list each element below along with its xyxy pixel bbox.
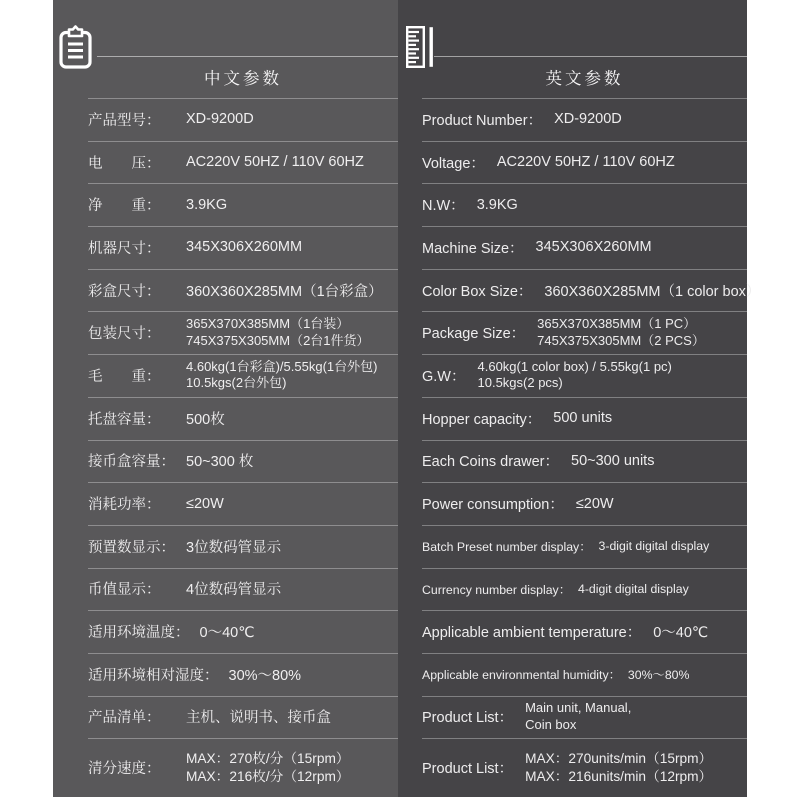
header-rule-line bbox=[434, 56, 747, 57]
spec-row-power: 消耗功率： ≤20W bbox=[53, 482, 398, 525]
spec-label: Product Number： bbox=[422, 109, 542, 130]
spec-label: 产品清单： bbox=[88, 706, 176, 727]
spec-value: 360X360X285MM（1台彩盒） bbox=[186, 280, 383, 301]
spec-row-sorting-speed: 清分速度： MAX：270枚/分（15rpm）MAX：216枚/分（12rpm） bbox=[53, 738, 398, 797]
panel-header: 中文参数 bbox=[53, 0, 398, 98]
spec-row-sorting-speed: Product List： MAX：270units/min（15rpm）MAX… bbox=[398, 738, 747, 797]
spec-label: N.W： bbox=[422, 194, 465, 215]
header-rule-line bbox=[97, 56, 398, 57]
spec-label: 接币盒容量： bbox=[88, 450, 176, 471]
spec-row-gross-weight: 毛 重： 4.60kg(1台彩盒)/5.55kg(1台外包)10.5kgs(2台… bbox=[53, 354, 398, 397]
spec-row-coin-drawer: 接币盒容量： 50~300 枚 bbox=[53, 440, 398, 483]
spec-value: 345X306X260MM bbox=[186, 239, 302, 255]
spec-label: Applicable environmental humidity： bbox=[422, 665, 621, 683]
spec-row-currency-display: 币值显示： 4位数码管显示 bbox=[53, 568, 398, 611]
panel-chinese-specs: 中文参数 产品型号： XD-9200D 电 压： AC220V 50HZ / 1… bbox=[53, 0, 398, 797]
spec-value: 365X370X385MM（1 PC）745X375X305MM（2 PCS） bbox=[537, 316, 705, 350]
spec-row-color-box-size: 彩盒尺寸： 360X360X285MM（1台彩盒） bbox=[53, 269, 398, 312]
spec-value: 500枚 bbox=[186, 408, 225, 429]
spec-value: 30%～80% bbox=[628, 665, 690, 683]
spec-value: 360X360X285MM（1 color box） bbox=[544, 280, 760, 301]
spec-label: Product List： bbox=[422, 706, 513, 727]
panel-title: 英文参数 bbox=[422, 65, 747, 89]
ruler-icon bbox=[406, 26, 435, 68]
panel-english-specs: 英文参数 Product Number： XD-9200D Voltage： A… bbox=[398, 0, 747, 797]
spec-row-net-weight: 净 重： 3.9KG bbox=[53, 183, 398, 226]
spec-value: 4.60kg(1台彩盒)/5.55kg(1台外包)10.5kgs(2台外包) bbox=[186, 359, 377, 393]
spec-row-preset-display: 预置数显示： 3位数码管显示 bbox=[53, 525, 398, 568]
spec-row-power: Power consumption： ≤20W bbox=[398, 482, 747, 525]
spec-label: Voltage： bbox=[422, 152, 485, 173]
spec-row-color-box-size: Color Box Size： 360X360X285MM（1 color bo… bbox=[398, 269, 747, 312]
clipboard-icon bbox=[58, 24, 93, 70]
panel-title: 中文参数 bbox=[88, 65, 398, 89]
spec-value: AC220V 50HZ / 110V 60HZ bbox=[497, 154, 675, 170]
spec-row-product-list: Product List： Main unit, Manual,Coin box bbox=[398, 696, 747, 739]
spec-label: 适用环境相对湿度： bbox=[88, 664, 219, 685]
spec-label: 机器尺寸： bbox=[88, 237, 176, 258]
spec-row-package-size: 包装尺寸： 365X370X385MM（1台装）745X375X305MM（2台… bbox=[53, 311, 398, 354]
spec-label: 清分速度： bbox=[88, 757, 176, 778]
spec-label: Applicable ambient temperature： bbox=[422, 621, 641, 642]
spec-row-temperature: 适用环境温度： 0～40℃ bbox=[53, 610, 398, 653]
spec-row-machine-size: Machine Size： 345X306X260MM bbox=[398, 226, 747, 269]
spec-row-package-size: Package Size： 365X370X385MM（1 PC）745X375… bbox=[398, 311, 747, 354]
spec-value: 4-digit digital display bbox=[578, 582, 689, 596]
spec-value: 0～40℃ bbox=[653, 621, 708, 642]
spec-value: XD-9200D bbox=[554, 111, 622, 127]
spec-label: 毛 重： bbox=[88, 365, 176, 386]
spec-row-hopper-capacity: Hopper capacity： 500 units bbox=[398, 397, 747, 440]
spec-label: 预置数显示： bbox=[88, 536, 176, 557]
spec-label: Each Coins drawer： bbox=[422, 450, 559, 471]
spec-label: Machine Size： bbox=[422, 237, 524, 258]
spec-value: 50~300 units bbox=[571, 453, 654, 469]
spec-label: 包装尺寸： bbox=[88, 322, 176, 343]
spec-value: AC220V 50HZ / 110V 60HZ bbox=[186, 154, 364, 170]
spec-sheet: 中文参数 产品型号： XD-9200D 电 压： AC220V 50HZ / 1… bbox=[0, 0, 800, 800]
panel-header: 英文参数 bbox=[398, 0, 747, 98]
spec-row-product-number: Product Number： XD-9200D bbox=[398, 98, 747, 141]
spec-row-hopper-capacity: 托盘容量： 500枚 bbox=[53, 397, 398, 440]
spec-value: 3.9KG bbox=[186, 197, 227, 213]
spec-label: 产品型号： bbox=[88, 109, 176, 130]
spec-label: 适用环境温度： bbox=[88, 621, 190, 642]
spec-row-preset-display: Batch Preset number display： 3-digit dig… bbox=[398, 525, 747, 568]
spec-value: 3位数码管显示 bbox=[186, 536, 281, 557]
spec-value: 30%～80% bbox=[229, 664, 302, 685]
spec-row-product-list: 产品清单： 主机、说明书、接币盒 bbox=[53, 696, 398, 739]
spec-value: MAX：270units/min（15rpm）MAX：216units/min（… bbox=[525, 750, 712, 786]
spec-value: ≤20W bbox=[576, 496, 614, 512]
spec-value: 3.9KG bbox=[477, 197, 518, 213]
spec-row-net-weight: N.W： 3.9KG bbox=[398, 183, 747, 226]
spec-label: Hopper capacity： bbox=[422, 408, 541, 429]
spec-row-voltage: Voltage： AC220V 50HZ / 110V 60HZ bbox=[398, 141, 747, 184]
spec-label: Color Box Size： bbox=[422, 280, 532, 301]
spec-label: Power consumption： bbox=[422, 493, 564, 514]
spec-value: 50~300 枚 bbox=[186, 450, 253, 471]
spec-label: Package Size： bbox=[422, 322, 525, 343]
spec-label: 托盘容量： bbox=[88, 408, 176, 429]
spec-value: 500 units bbox=[553, 410, 612, 426]
spec-row-humidity: Applicable environmental humidity： 30%～8… bbox=[398, 653, 747, 696]
spec-row-gross-weight: G.W： 4.60kg(1 color box) / 5.55kg(1 pc)1… bbox=[398, 354, 747, 397]
spec-value: XD-9200D bbox=[186, 111, 254, 127]
spec-row-machine-size: 机器尺寸： 345X306X260MM bbox=[53, 226, 398, 269]
spec-label: Product List： bbox=[422, 757, 513, 778]
spec-row-temperature: Applicable ambient temperature： 0～40℃ bbox=[398, 610, 747, 653]
spec-value: 主机、说明书、接币盒 bbox=[186, 706, 331, 727]
spec-value: 345X306X260MM bbox=[536, 239, 652, 255]
spec-value: MAX：270枚/分（15rpm）MAX：216枚/分（12rpm） bbox=[186, 750, 350, 786]
spec-row-coin-drawer: Each Coins drawer： 50~300 units bbox=[398, 440, 747, 483]
spec-label: 彩盒尺寸： bbox=[88, 280, 176, 301]
spec-row-currency-display: Currency number display： 4-digit digital… bbox=[398, 568, 747, 611]
spec-value: 365X370X385MM（1台装）745X375X305MM（2台1件货） bbox=[186, 316, 370, 350]
spec-row-humidity: 适用环境相对湿度： 30%～80% bbox=[53, 653, 398, 696]
spec-value: Main unit, Manual,Coin box bbox=[525, 700, 631, 734]
spec-value: 3-digit digital display bbox=[599, 539, 710, 553]
spec-label: 电 压： bbox=[88, 152, 176, 173]
spec-value: 0～40℃ bbox=[200, 621, 255, 642]
spec-value: ≤20W bbox=[186, 496, 224, 512]
spec-value: 4.60kg(1 color box) / 5.55kg(1 pc)10.5kg… bbox=[478, 359, 672, 393]
spec-row-voltage: 电 压： AC220V 50HZ / 110V 60HZ bbox=[53, 141, 398, 184]
spec-label: 净 重： bbox=[88, 194, 176, 215]
spec-label: 消耗功率： bbox=[88, 493, 176, 514]
spec-value: 4位数码管显示 bbox=[186, 578, 281, 599]
spec-label: Currency number display： bbox=[422, 580, 571, 598]
spec-label: Batch Preset number display： bbox=[422, 537, 592, 555]
spec-label: G.W： bbox=[422, 365, 466, 386]
spec-row-product-number: 产品型号： XD-9200D bbox=[53, 98, 398, 141]
spec-label: 币值显示： bbox=[88, 578, 176, 599]
